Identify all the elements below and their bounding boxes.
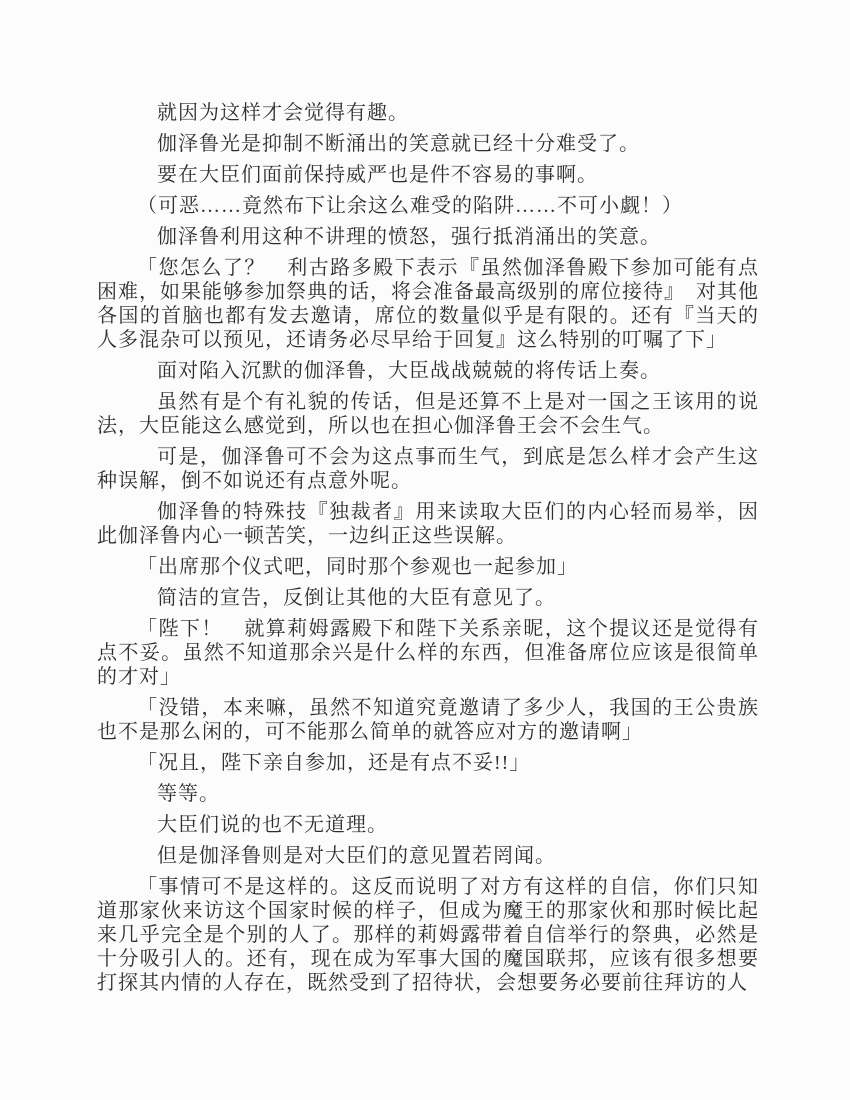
paragraph: 要在大臣们面前保持威严也是件不容易的事啊。 — [97, 163, 759, 187]
paragraph: 面对陷入沉默的伽泽鲁，大臣战战兢兢的将传话上奏。 — [97, 359, 759, 383]
paragraph: 等等。 — [97, 782, 759, 806]
novel-page: 就因为这样才会觉得有趣。伽泽鲁光是抑制不断涌出的笑意就已经十分难受了。要在大臣们… — [0, 0, 850, 1100]
paragraph: 「陛下！ 就算莉姆露殿下和陛下关系亲昵，这个提议还是觉得有点不妥。虽然不知道那余… — [97, 617, 759, 689]
paragraph: 简洁的宣告，反倒让其他的大臣有意见了。 — [97, 586, 759, 610]
paragraph: 大臣们说的也不无道理。 — [97, 813, 759, 837]
paragraph: 「没错，本来嘛，虽然不知道究竟邀请了多少人，我国的王公贵族也不是那么闲的，可不能… — [97, 696, 759, 744]
paragraph: 可是，伽泽鲁可不会为这点事而生气，到底是怎么样才会产生这种误解，倒不如说还有点意… — [97, 445, 759, 493]
paragraph: 就因为这样才会觉得有趣。 — [97, 101, 759, 125]
paragraph: 伽泽鲁的特殊技『独裁者』用来读取大臣们的内心轻而易举，因此伽泽鲁内心一顿苦笑，一… — [97, 500, 759, 548]
paragraph: 虽然有是个有礼貌的传话，但是还算不上是对一国之王该用的说法，大臣能这么感觉到，所… — [97, 390, 759, 438]
paragraph: 伽泽鲁光是抑制不断涌出的笑意就已经十分难受了。 — [97, 132, 759, 156]
paragraph: （可恶……竟然布下让余这么难受的陷阱……不可小觑！） — [97, 194, 759, 218]
text-body: 就因为这样才会觉得有趣。伽泽鲁光是抑制不断涌出的笑意就已经十分难受了。要在大臣们… — [97, 101, 759, 1002]
paragraph: 但是伽泽鲁则是对大臣们的意见置若罔闻。 — [97, 844, 759, 868]
paragraph: 「出席那个仪式吧，同时那个参观也一起参加」 — [97, 555, 759, 579]
paragraph: 伽泽鲁利用这种不讲理的愤怒，强行抵消涌出的笑意。 — [97, 225, 759, 249]
paragraph: 「事情可不是这样的。这反而说明了对方有这样的自信，你们只知道那家伙来访这个国家时… — [97, 875, 759, 995]
paragraph: 「况且，陛下亲自参加，还是有点不妥!!」 — [97, 751, 759, 775]
paragraph: 「您怎么了？ 利古路多殿下表示『虽然伽泽鲁殿下参加可能有点困难，如果能够参加祭典… — [97, 256, 759, 352]
